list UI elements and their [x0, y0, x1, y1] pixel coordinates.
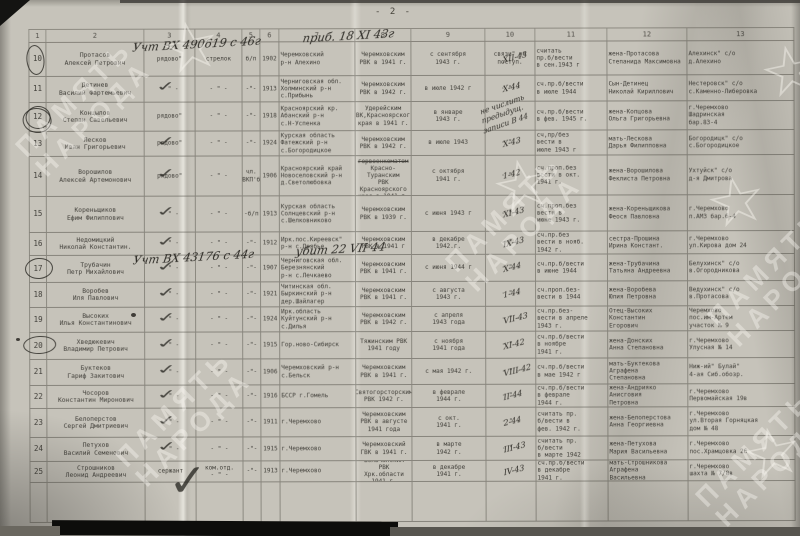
table-row: 10Протасов Алексей Петровичрядово"стрело… — [28, 41, 794, 77]
cell-party: -"- — [243, 359, 261, 384]
cell-conclusion: считать пр. б/вести в фев. 1942 г. — [536, 407, 608, 435]
cell-duty: - " - — [196, 437, 243, 460]
cell-name: Белоперстов Сергей Дмитриевич — [47, 409, 145, 437]
cell-name: Лесков Иван Григорьевич — [47, 132, 145, 156]
cell-name: Трубачин Петр Михайлович — [47, 256, 145, 282]
cell-lost: в июле 1942 г — [411, 76, 485, 101]
cell-duty: - " - — [196, 282, 243, 306]
ink-blot — [16, 338, 20, 341]
cell-lost: в марте 1942 г. — [412, 437, 486, 460]
cell-rvk: Черемховский ГВК в 1941 г. — [356, 437, 412, 460]
cell-lost: в феврале 1944 г. — [412, 385, 486, 407]
cell-lost: с августа 1943 г. — [412, 282, 486, 306]
cell-address: г.Черемхово пос.Храмцовка 26 — [688, 436, 795, 459]
cell-no: 12 — [29, 103, 47, 131]
cell-address: Белухинск" с/о в.Огородникова — [688, 254, 795, 280]
cell-rvk: Тяжинским РВК 1941 году — [356, 332, 412, 358]
column-number: 11 — [535, 28, 607, 40]
cell-no: 11 — [28, 77, 46, 102]
cell-duty: - " - — [195, 76, 242, 101]
cell-rank: - " - — [145, 283, 196, 307]
cell-relative: жена-Донских Анна Степановна — [608, 331, 688, 357]
page-number: - 2 - — [375, 7, 412, 17]
cell-contact — [487, 482, 537, 521]
cell-duty: - " - — [196, 102, 243, 130]
cell-year: 1916 — [261, 385, 280, 407]
cell-conclusion: сч.пр.без вести в нояб. 1942 г. — [536, 231, 608, 253]
cell-birthplace: Ирк.область Куйтунский р-н с.Дилья — [280, 307, 356, 331]
cell-address: г.Черемхово Шадринская бар.83-4 — [688, 101, 795, 129]
cell-name: Протасов Алексей Петрович — [46, 43, 144, 76]
cell-address: Нестеровск" с/о с.Каменно-Либеровка — [687, 75, 794, 100]
cell-lost — [413, 482, 487, 521]
cell-year: 1906 — [261, 156, 280, 195]
table-row: 13Лесков Иван Григорьевичрядово"- " --"-… — [29, 130, 795, 157]
cell-conclusion: сч.пр.б/вести в мае 1942 г — [536, 358, 608, 383]
cell-name — [48, 483, 146, 522]
table-row: 25Строшников Леонид Андреевичсержантком.… — [29, 460, 795, 483]
cell-duty: - " - — [196, 385, 243, 407]
cell-relative — [609, 481, 689, 520]
cell-no: 16 — [29, 233, 47, 255]
column-number: 13 — [687, 28, 794, 40]
cell-lost: в декабре 1942.г. — [412, 232, 486, 254]
cell-birthplace: Красноярский кр. Абанский р-н с.Н-Успенк… — [280, 102, 356, 130]
cell-year: 1924 — [261, 307, 280, 331]
cell-relative: жена-Петухова Мария Васильевна — [608, 436, 688, 459]
cell-rank: рядово" — [145, 132, 196, 156]
cell-rvk: Черемховским РВК в 1941 г. — [356, 255, 412, 281]
cell-rank: рядово" — [145, 157, 196, 196]
table-row: 14Ворошилов Алексей Артемоновичрядово"- … — [29, 155, 795, 197]
cell-relative: жена-Белоперстова Анна Георгиевна — [608, 407, 688, 435]
cell-duty: - " - — [196, 196, 243, 231]
cell-relative: жена-Трубачина Татьяна Андреевна — [608, 254, 688, 280]
cell-conclusion: сч.пр.б/вести в июле 1944 — [535, 75, 607, 100]
cell-relative: Отец-Высоких Константин Егорович — [608, 306, 688, 330]
cell-name: Хведюкевич Владимир Петрович — [47, 333, 145, 359]
cell-address: Ведухинск" с/о в.Протасова — [688, 281, 795, 305]
cell-party: -"- — [243, 131, 261, 155]
cell-no: 17 — [29, 256, 47, 282]
cell-year — [262, 482, 281, 521]
cell-lost: с ноября 1941 года — [412, 332, 486, 358]
cell-party: -"- — [243, 307, 261, 331]
cell-conclusion: сч.пр.б/вести в фев. 1945 г. — [536, 101, 608, 129]
cell-birthplace: г.Черемхово — [280, 461, 356, 481]
cell-year: 1906 — [261, 359, 280, 384]
cell-lost: в июле 1943 — [412, 131, 486, 155]
cell-birthplace: Черемховский р-н с.Бельск — [280, 359, 356, 384]
cell-address — [689, 481, 796, 520]
cell-rank: рядово" — [145, 103, 196, 131]
table-row: 23Белоперстов Сергей Дмитриевич- " -- " … — [29, 407, 795, 438]
column-number: 12 — [607, 28, 687, 40]
cell-address: Черемхово пос.им-Артем участок № 9 — [688, 306, 795, 330]
cell-year: 1913 — [261, 461, 280, 481]
cell-birthplace: Красноярский край Новоселовский р-н д.Св… — [280, 156, 356, 195]
cell-address: г.Черемхово ул.Кирова дом 24 — [688, 231, 795, 253]
cell-no: 19 — [29, 308, 47, 332]
cell-name: Строшников Леонид Андреевич — [47, 462, 145, 482]
cell-name: Высоких Илья Константинович — [47, 308, 145, 332]
cell-conclusion: сч.пр.б/вести в ноябре 1941 г. — [536, 331, 608, 357]
table-row: 15Кореньщиков Ефим Филиппович- " -- " --… — [29, 195, 795, 233]
cell-name: Петухов Василий Семенович — [47, 438, 145, 461]
cell-birthplace: Черниговская обл. Березнянский р-н с.Леч… — [280, 255, 356, 281]
cell-conclusion: считать пр.б/вести в сен.1943 г — [535, 41, 607, 74]
cell-address: г.Черемхово Первомайская 19в — [688, 384, 795, 406]
cell-no: 14 — [29, 157, 47, 196]
cell-birthplace: БССР г.Гомель — [280, 385, 356, 407]
cell-address: Алехинск" с/о д.Алехино — [687, 41, 794, 74]
cell-relative: жена-Протасова Степанида Максимовна — [607, 41, 687, 74]
cell-conclusion — [537, 481, 609, 520]
table-row: 22Чосоров Константин Миронович- " -- " -… — [29, 384, 795, 409]
cell-rvk: Черемховским РВК в августе 1941 года — [356, 408, 412, 436]
cell-duty: - " - — [196, 156, 243, 195]
cell-rank — [146, 483, 197, 522]
cell-lost: с июня 1943 г — [412, 196, 486, 231]
cell-conclusion: сч.проп.без вести в июне 1943 г. — [536, 195, 608, 230]
cell-text: Красно-Туранским РВК Красноярского края … — [357, 165, 410, 195]
cell-rvk: Черемховским РВК в 1941 г. — [356, 359, 412, 384]
cell-address: г.Черемхово Улусная № 14 — [688, 331, 795, 357]
cell-party: -"- — [243, 332, 261, 358]
table-row: 24Петухов Василий Семенович- " -- " --"-… — [29, 436, 795, 462]
cell-name: Чосоров Константин Миронович — [47, 386, 145, 408]
cell-year: 1913 — [260, 76, 279, 101]
cell-relative: мать-Строшникова Аграфена Васильевна — [608, 460, 688, 480]
cell-rvk: Черемховским РВК в 1941 г. — [356, 282, 412, 306]
scanned-document-page: - 2 - 1234567891011121310Протасов Алексе… — [0, 0, 800, 536]
cell-rank: - " - — [145, 308, 196, 332]
cell-rank: - " - — [145, 409, 196, 437]
cell-birthplace — [281, 482, 357, 521]
cell-year: 1911 — [261, 408, 280, 436]
cell-rvk: Черемховским РВК в 1942 г. — [355, 76, 411, 101]
cell-year: 1915 — [261, 332, 280, 358]
scan-edge-shadow — [52, 520, 398, 536]
table-row: 18Воробев Иля Павлович- " -- " --"-1921Ч… — [29, 281, 795, 308]
cell-party: -"- — [242, 76, 260, 101]
cell-no: 10 — [28, 43, 46, 76]
cell-party: -б/п — [243, 196, 261, 231]
cell-name: Недомицкий Николай Константин. — [47, 233, 145, 255]
cell-lost: с сентября 1943 г. — [411, 42, 485, 75]
struck-text: Ачинским горвоенкоматом — [358, 156, 409, 165]
cell-birthplace: г.Черемхово — [280, 408, 356, 436]
cell-name: Детинев Василий Фартемьевич — [46, 77, 144, 102]
table-row-empty — [30, 481, 796, 523]
cell-lost: с апреля 1943 года — [412, 307, 486, 331]
cell-party: -"- — [243, 437, 261, 460]
cell-rvk: Удерейским РВК,Красноярского края в 1941… — [356, 102, 412, 130]
register-table: 1234567891011121310Протасов Алексей Петр… — [28, 27, 795, 523]
cell-address: г.Черемхово п.АМЗ бар.6-4 — [688, 195, 795, 230]
cell-party: -"- — [243, 385, 261, 407]
cell-duty: - " - — [196, 332, 243, 358]
table-row: 19Высоких Илья Константинович- " -- " --… — [29, 306, 795, 333]
cell-birthplace: Курская область Солнцевский р-н с.Шелков… — [280, 196, 356, 231]
cell-duty: ком.отд. - " - — [196, 461, 243, 481]
cell-conclusion: сч.проп.без вести в окт. 1941 г. — [536, 155, 608, 194]
cell-no: 13 — [29, 132, 47, 156]
cell-duty: - " - — [196, 408, 243, 436]
cell-duty: - " - — [196, 131, 243, 155]
cell-conclusion: считать пр. б/вести в марте 1942 — [536, 436, 608, 459]
table-row: 20Хведюкевич Владимир Петрович- " -- " -… — [29, 331, 795, 360]
cell-conclusion: сч.пр.без- вести в апреле 1943 г. — [536, 306, 608, 330]
cell-relative: жена-Андрияко Анисговия Петровна — [608, 384, 688, 406]
cell-party: чл. ВКП'б — [243, 156, 261, 195]
cell-rank: - " - — [145, 386, 196, 408]
cell-party — [244, 482, 262, 521]
column-number: 10 — [485, 29, 535, 41]
cell-lost: в декабре 1941 г. — [412, 461, 486, 481]
cell-duty — [197, 482, 244, 521]
cell-lost: с окт. 1941 г. — [412, 408, 486, 436]
cell-no: 25 — [29, 462, 47, 482]
cell-year: 1918 — [261, 102, 280, 130]
cell-rvk: Ачинским горвоенкоматомКрасно-Туранским … — [356, 156, 412, 195]
cell-rank: - " - — [145, 197, 196, 232]
cell-rvk — [357, 482, 413, 521]
cell-address: Богородицк" с/о с.Богородицкое — [688, 130, 795, 154]
cell-birthplace: Курская область Фатежский р-н с.Богороди… — [280, 131, 356, 155]
cell-no: 22 — [29, 386, 47, 408]
cell-relative: жена-Ворошилова Феклиста Петровна — [608, 155, 688, 194]
ink-blot — [131, 313, 136, 317]
cell-conclusion: сч.пр.б/вести в феврале 1944 г. — [536, 384, 608, 406]
column-number: 1 — [28, 30, 46, 42]
cell-party: -"- — [243, 282, 261, 306]
cell-party: -"- — [243, 461, 261, 481]
scan-edge-shadow — [120, 0, 800, 3]
cell-no: 18 — [29, 283, 47, 307]
cell-name: Концылов Степан Савельевич — [47, 103, 145, 131]
cell-conclusion: сч.проп.без- вести в 1944 — [536, 281, 608, 305]
cell-rank: - " - — [145, 360, 196, 385]
cell-relative: жена-Воробева Юлия Петровна — [608, 281, 688, 305]
cell-duty: - " - — [196, 307, 243, 331]
cell-no: 20 — [29, 333, 47, 359]
cell-rvk: Святогорсторским РВК 1942 г. — [356, 385, 412, 407]
cell-address: Ниж-ий" Булай" 4-ая Сиб.обозр. — [688, 358, 795, 383]
cell-birthplace: Черниговская обл. Холминский р-н с.Прибы… — [279, 76, 355, 101]
cell-conclusion: сч.пр.б/вести в июне 1944 — [536, 254, 608, 280]
column-number: 2 — [46, 30, 144, 42]
cell-conclusion: сч,пр/без вести в июле 1943 г — [536, 130, 608, 154]
cell-year: 1913 — [261, 196, 280, 231]
cell-rank: - " - — [145, 438, 196, 461]
cell-lost: с октября 1941 г. — [412, 156, 486, 195]
table-row: 21Буктеков Гариф Закитович- " -- " --"-1… — [29, 358, 795, 386]
scan-edge-shadow — [390, 527, 800, 536]
cell-birthplace: Черемховский р-н Алехино — [279, 42, 355, 75]
cell-rank: - " - — [144, 77, 195, 102]
cell-party: -"- — [243, 408, 261, 436]
cell-lost: с июня 1944 г — [412, 255, 486, 281]
cell-name: Кореньщиков Ефим Филиппович — [47, 197, 145, 232]
cell-birthplace: г.Черемхово — [280, 437, 356, 460]
cell-address: г.Черемхово ул.Вторая Горняцкая дом № 48 — [688, 407, 795, 435]
cell-name: Ворошилов Алексей Артемонович — [47, 157, 145, 196]
cell-relative: Сын-Детинец Николай Кириллович — [607, 75, 687, 100]
cell-lost: с мая 1942 г. — [412, 359, 486, 384]
cell-party: -"- — [243, 102, 261, 130]
cell-name: Буктеков Гариф Закитович — [47, 360, 145, 385]
scan-corner-shadow — [0, 0, 30, 26]
cell-relative: жена-Копцова Ольга Григорьевна — [608, 101, 688, 129]
cell-relative: мать-Лескова Дарья Филипповна — [608, 130, 688, 154]
table-row: 17Трубачин Петр Михайлович- " -- " --"-1… — [29, 254, 795, 283]
table-row: 12Концылов Степан Савельевичрядово"- " -… — [29, 101, 795, 132]
cell-relative: сестра-Прошина Ирина Констант. — [608, 231, 688, 253]
cell-rank: сержант — [145, 462, 196, 482]
cell-year: 1921 — [261, 282, 280, 306]
cell-rvk: Черемховским РВК в 1939 г. — [356, 196, 412, 231]
cell-no: 24 — [29, 438, 47, 461]
scan-edge-shadow — [0, 526, 60, 536]
cell-year: 1915 — [261, 437, 280, 460]
cell-no: 21 — [29, 360, 47, 385]
cell-relative: жена-Кореньщикова Феося Павловна — [608, 195, 688, 230]
cell-relative: мать-Буктекова Аграфена Степановна — [608, 358, 688, 383]
cell-duty: - " - — [196, 359, 243, 384]
cell-birthplace: Гор.ново-Сибирск — [280, 332, 356, 358]
cell-address: г.Черемхово шахта № 7/8в — [688, 460, 795, 480]
cell-rvk: Вольчанским РВК Хрк.области 1941 г. — [356, 461, 412, 481]
cell-year: 1924 — [261, 131, 280, 155]
cell-no: 23 — [29, 409, 47, 437]
cell-no — [30, 483, 48, 522]
cell-rvk: Черемховским РВК в 1942 г. — [356, 307, 412, 331]
table-row: 11Детинев Василий Фартемьевич- " -- " --… — [28, 75, 794, 103]
cell-name: Воробев Иля Павлович — [47, 283, 145, 307]
cell-conclusion: сч.пр.б/вести в декабре 1941 г. — [536, 460, 608, 480]
column-number: 9 — [411, 29, 485, 41]
cell-rvk: Черемховским РВК в 1941 г. — [355, 42, 411, 75]
cell-no: 15 — [29, 197, 47, 232]
cell-rank: - " - — [145, 333, 196, 359]
cell-address: Ухтуйск" с/о д-я Дмитрова — [688, 155, 795, 194]
cell-rvk: Черемховским РВК в 1942 г. — [356, 131, 412, 155]
cell-lost: в январе 1943 г. — [412, 102, 486, 130]
cell-birthplace: Читинская обл. Быркинский р-н дер.Шайлаг… — [280, 282, 356, 306]
